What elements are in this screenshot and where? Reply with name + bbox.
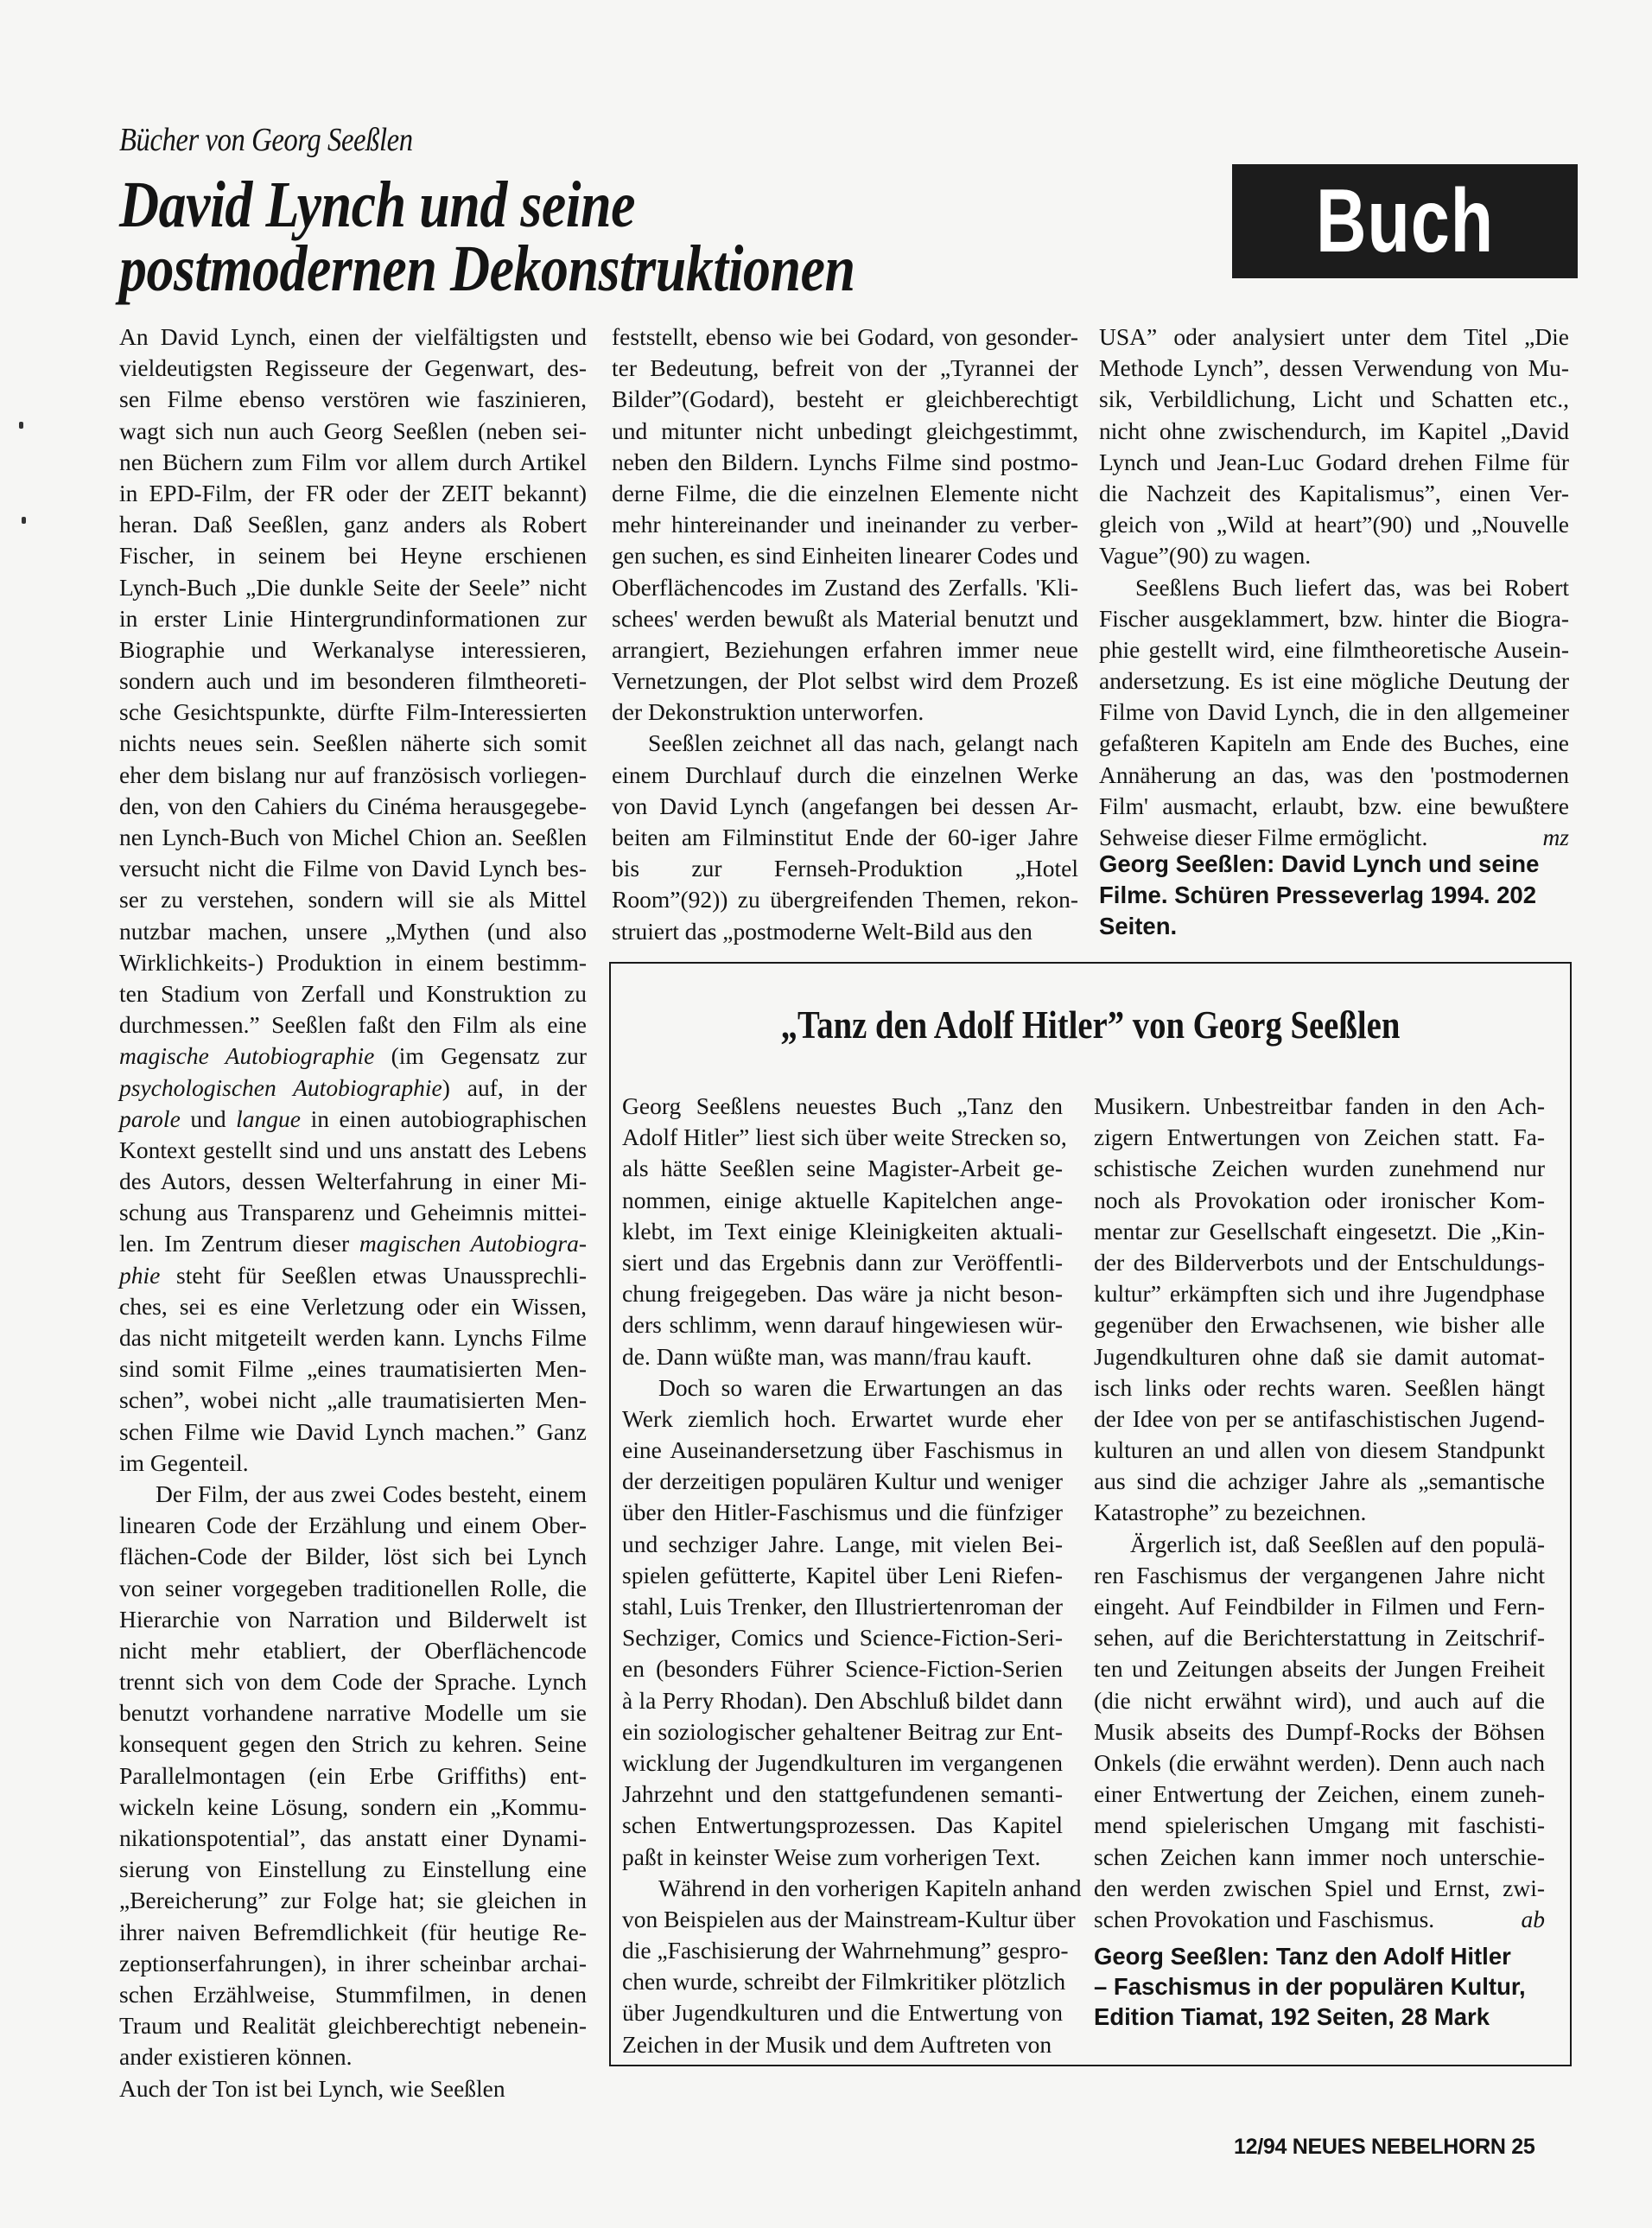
text-line: „Bereicherung” zur Folge hat; sie gleich… xyxy=(119,1885,587,1916)
article2-source-line: – Faschismus in der populären Kultur, xyxy=(1094,1971,1552,2002)
text-line: nutzbar machen, unsere „Mythen (und also xyxy=(119,916,587,947)
text-line: sehen, auf die Berichterstattung in Zeit… xyxy=(1094,1622,1545,1653)
text-line: nen Büchern zum Film vor allem durch Art… xyxy=(119,447,587,478)
text-line: ein soziologischer gehaltener Beitrag zu… xyxy=(622,1716,1063,1747)
text-line: einer Entwertung der Zeichen, einem zune… xyxy=(1094,1779,1545,1810)
text-line: phie steht für Seeßlen etwas Unaussprech… xyxy=(119,1260,587,1291)
margin-mark xyxy=(22,517,26,524)
text-line: phie gestellt wird, eine filmtheoretisch… xyxy=(1099,634,1569,665)
text-line: Onkels (die erwähnt werden). Denn auch n… xyxy=(1094,1747,1545,1779)
text-line: Jugendkulturen ohne daß sie damit automa… xyxy=(1094,1341,1545,1372)
text-line: nicht ohne zwischendurch, im Kapitel „Da… xyxy=(1099,416,1569,447)
text-line: mentar zur Gesellschaft eingesetzt. Die … xyxy=(1094,1216,1545,1247)
text-line: Werk ziemlich hoch. Erwartet wurde eher xyxy=(622,1404,1063,1435)
text-line: Bilder”(Godard), besteht er gleichberech… xyxy=(612,384,1078,415)
text-line: wagt sich nun auch Georg Seeßlen (neben … xyxy=(119,416,587,447)
text-line: vieldeutigsten Regisseure der Gegenwart,… xyxy=(119,353,587,384)
margin-mark xyxy=(19,422,23,429)
text-line: Jahrzehnt und den stattgefundenen semant… xyxy=(622,1779,1063,1810)
text-line: heran. Daß Seeßlen, ganz anders als Robe… xyxy=(119,509,587,540)
text-line: Vernetzungen, der Plot selbst wird dem P… xyxy=(612,665,1078,697)
text-line: Doch so waren die Erwartungen an das xyxy=(622,1372,1063,1404)
text-line: den werden zwischen Spiel und Ernst, zwi… xyxy=(1094,1873,1545,1904)
text-line: eher dem bislang nur auf französisch vor… xyxy=(119,760,587,791)
text-line: über den Hitler-Faschismus und die fünfz… xyxy=(622,1497,1063,1528)
text-line: Seeßlen zeichnet all das nach, gelangt n… xyxy=(612,728,1078,759)
text-line: mehr hintereinander und ineinander zu ve… xyxy=(612,509,1078,540)
text-line: len. Im Zentrum dieser magischen Autobio… xyxy=(119,1228,587,1259)
text-line: mend spielerischen Umgang mit faschisti- xyxy=(1094,1810,1545,1841)
text-line: Parallelmontagen (ein Erbe Griffiths) en… xyxy=(119,1760,587,1792)
text-line: Filme von David Lynch, die in den allgem… xyxy=(1099,697,1569,728)
text-line: schen”, wobei nicht „alle traumatisierte… xyxy=(119,1385,587,1416)
text-line: Sechziger, Comics und Science-Fiction-Se… xyxy=(622,1622,1063,1653)
text-line: magische Autobiographie (im Gegensatz zu… xyxy=(119,1041,587,1072)
text-line: An David Lynch, einen der vielfältigsten… xyxy=(119,321,587,353)
text-line: neben den Bildern. Lynchs Filme sind pos… xyxy=(612,447,1078,478)
text-line: Lynch und Jean-Luc Godard drehen Filme f… xyxy=(1099,447,1569,478)
article2-column-2: Musikern. Unbestreitbar fanden in den Ac… xyxy=(1094,1091,1545,1935)
text-line: von Beispielen aus der Mainstream-Kultur… xyxy=(622,1904,1063,1935)
article2-source-line: Georg Seeßlen: Tanz den Adolf Hitler xyxy=(1094,1941,1552,1971)
text-line: zeptionserfahrungen), in ihrer scheinbar… xyxy=(119,1948,587,1979)
text-line: parole und langue in einen autobiographi… xyxy=(119,1104,587,1135)
text-line: de. Dann wüßte man, was mann/frau kauft. xyxy=(622,1341,1063,1372)
text-line: schen Filme wie David Lynch machen.” Gan… xyxy=(119,1416,587,1448)
text-line: à la Perry Rhodan). Den Abschluß bildet … xyxy=(622,1685,1063,1716)
text-line: die „Faschisierung der Wahrnehmung” gesp… xyxy=(622,1935,1063,1966)
page-footer: 12/94 NEUES NEBELHORN 25 xyxy=(1234,2135,1534,2160)
article2-column-1: Georg Seeßlens neuestes Buch „Tanz denAd… xyxy=(622,1091,1063,2060)
text-line: beiten am Filminstitut Ende der 60-iger … xyxy=(612,822,1078,853)
article1-column-2: feststellt, ebenso wie bei Godard, von g… xyxy=(612,321,1078,947)
text-line: Fischer, in seinem bei Heyne erschienen xyxy=(119,540,587,571)
text-line: Film' ausmacht, erlaubt, bzw. eine bewuß… xyxy=(1099,791,1569,822)
text-line: durchmessen.” Seeßlen faßt den Film als … xyxy=(119,1009,587,1041)
text-line: sik, Verbildlichung, Licht und Schatten … xyxy=(1099,384,1569,415)
text-line: schung aus Transparenz und Geheimnis mit… xyxy=(119,1197,587,1228)
text-line: sind somit Filme „eines traumatisierten … xyxy=(119,1353,587,1385)
text-line: en (besonders Führer Science-Fiction-Ser… xyxy=(622,1653,1063,1684)
text-line: zigern Entwertungen von Zeichen statt. F… xyxy=(1094,1122,1545,1153)
text-line: schistische Zeichen wurden zunehmend nur xyxy=(1094,1153,1545,1184)
text-line: Wirklichkeits-) Produktion in einem best… xyxy=(119,947,587,978)
text-line: andersetzung. Es ist eine mögliche Deutu… xyxy=(1099,665,1569,697)
text-line: paßt in keinster Weise zum vorherigen Te… xyxy=(622,1842,1063,1873)
text-line: ser zu verstehen, sondern will sie als M… xyxy=(119,884,587,915)
text-line: und sechziger Jahre. Lange, mit vielen B… xyxy=(622,1529,1063,1560)
text-line: der des Bilderverbots und der Entschuldu… xyxy=(1094,1247,1545,1278)
article2-source-line: Edition Tiamat, 192 Seiten, 28 Mark xyxy=(1094,2002,1552,2032)
text-line: psychologischen Autobiographie) auf, in … xyxy=(119,1073,587,1104)
text-line: siert und das Ergebnis dann zur Veröffen… xyxy=(622,1247,1063,1278)
text-line: chung freigegeben. Das wäre ja nicht bes… xyxy=(622,1278,1063,1309)
article-kicker: Bücher von Georg Seeßlen xyxy=(119,121,413,159)
text-line: kulturen an und allen von diesem Standpu… xyxy=(1094,1435,1545,1466)
text-line: USA” oder analysiert unter dem Titel „Di… xyxy=(1099,321,1569,353)
text-line: schen Erzählweise, Stummfilmen, in denen xyxy=(119,1979,587,2010)
text-line: linearen Code der Erzählung und einem Ob… xyxy=(119,1510,587,1541)
text-line: die Nachzeit des Kapitalismus”, einen Ve… xyxy=(1099,478,1569,509)
text-line: wicklung der Jugendkulturen im vergangen… xyxy=(622,1747,1063,1779)
text-line: klebt, im Text einige Kleinigkeiten aktu… xyxy=(622,1216,1063,1247)
text-line: bis zur Fernseh-Produktion „Hotel xyxy=(612,853,1078,884)
text-line: spielen gefütterte, Kapitel über Leni Ri… xyxy=(622,1560,1063,1591)
text-line: Room”(92)) zu übergreifenden Themen, rek… xyxy=(612,884,1078,915)
text-line: derne Filme, die die einzelnen Elemente … xyxy=(612,478,1078,509)
text-line: Lynch-Buch „Die dunkle Seite der Seele” … xyxy=(119,572,587,603)
article1-book-source: Georg Seeßlen: David Lynch und seine Fil… xyxy=(1099,849,1570,942)
text-line: Biographie und Werkanalyse interessieren… xyxy=(119,634,587,665)
article1-column-3: USA” oder analysiert unter dem Titel „Di… xyxy=(1099,321,1569,853)
text-line: Vague”(90) zu wagen. xyxy=(1099,540,1569,571)
text-line: Adolf Hitler” liest sich über weite Stre… xyxy=(622,1122,1063,1153)
text-line: ten und Zeitungen abseits der Jungen Fre… xyxy=(1094,1653,1545,1684)
text-line: isch links oder rechts waren. Seeßlen hä… xyxy=(1094,1372,1545,1404)
text-line: Oberflächencodes im Zustand des Zerfalls… xyxy=(612,572,1078,603)
text-line: Ärgerlich ist, daß Seeßlen auf den popul… xyxy=(1094,1529,1545,1560)
text-line: ders schlimm, wenn darauf hingewiesen wü… xyxy=(622,1309,1063,1340)
text-line: ches, sei es eine Verletzung oder ein Wi… xyxy=(119,1291,587,1322)
text-line: Georg Seeßlens neuestes Buch „Tanz den xyxy=(622,1091,1063,1122)
text-line: einem Durchlauf durch die einzelnen Werk… xyxy=(612,760,1078,791)
text-line: Katastrophe” zu bezeichnen. xyxy=(1094,1497,1545,1528)
text-line: den, von den Cahiers du Cinéma herausgeg… xyxy=(119,791,587,822)
text-line: das nicht mitgeteilt werden kann. Lynchs… xyxy=(119,1322,587,1353)
text-line: versucht nicht die Filme von David Lynch… xyxy=(119,853,587,884)
section-badge: Buch xyxy=(1232,164,1578,278)
text-line: nikationspotential”, das anstatt einer D… xyxy=(119,1823,587,1854)
text-line: als hätte Seeßlen seine Magister-Arbeit … xyxy=(622,1153,1063,1184)
text-line: schees' werden bewußt als Material benut… xyxy=(612,603,1078,634)
text-line: Auch der Ton ist bei Lynch, wie Seeßlen xyxy=(119,2073,587,2104)
text-line: nommen, einige aktuelle Kapitelchen ange… xyxy=(622,1185,1063,1216)
text-line: sen Filme ebenso verstören wie faszinier… xyxy=(119,384,587,415)
headline-line-2: postmodernen Dekonstruktionen xyxy=(119,237,855,301)
article-headline: David Lynch und seine postmodernen Dekon… xyxy=(119,173,855,301)
text-line: ander existieren können. xyxy=(119,2041,587,2072)
text-line: ren Faschismus der vergangenen Jahre nic… xyxy=(1094,1560,1545,1591)
text-line: im Gegenteil. xyxy=(119,1448,587,1479)
text-line: gleich von „Wild at heart”(90) und „Nouv… xyxy=(1099,509,1569,540)
text-line: Musik abseits des Dumpf-Rocks der Böhsen xyxy=(1094,1716,1545,1747)
text-line: konsequent gegen den Strich zu kehren. S… xyxy=(119,1728,587,1760)
text-line: Musikern. Unbestreitbar fanden in den Ac… xyxy=(1094,1091,1545,1122)
text-line: der derzeitigen populären Kultur und wen… xyxy=(622,1466,1063,1497)
text-line: flächen-Code der Bilder, löst sich bei L… xyxy=(119,1541,587,1572)
text-line: von David Lynch (angefangen bei dessen A… xyxy=(612,791,1078,822)
text-line: Seeßlens Buch liefert das, was bei Rober… xyxy=(1099,572,1569,603)
text-line: gen suchen, es sind Einheiten linearer C… xyxy=(612,540,1078,571)
section-badge-label: Buch xyxy=(1316,170,1494,273)
article2-book-source: Georg Seeßlen: Tanz den Adolf Hitler – F… xyxy=(1094,1941,1552,2032)
text-line: schen Entwertungsprozessen. Das Kapitel xyxy=(622,1810,1063,1841)
text-line: schen Provokation und Faschismus.ab xyxy=(1094,1904,1545,1935)
text-line: der Idee von per se antifaschistischen J… xyxy=(1094,1404,1545,1435)
text-line: stahl, Luis Trenker, den Illustriertenro… xyxy=(622,1591,1063,1622)
text-line: nichts neues sein. Seeßlen näherte sich … xyxy=(119,728,587,759)
text-line: eingeht. Auf Feindbilder in Filmen und F… xyxy=(1094,1591,1545,1622)
text-line: wickeln keine Lösung, sondern ein „Kommu… xyxy=(119,1792,587,1823)
text-line: Methode Lynch”, dessen Verwendung von Mu… xyxy=(1099,353,1569,384)
text-line: Der Film, der aus zwei Codes besteht, ei… xyxy=(119,1479,587,1510)
text-line: ihrer naiven Befremdlichkeit (für heutig… xyxy=(119,1917,587,1948)
article1-column-1: An David Lynch, einen der vielfältigsten… xyxy=(119,321,587,2104)
text-line: arrangiert, Beziehungen erfahren immer n… xyxy=(612,634,1078,665)
text-line: benutzt vorhandene narrative Modelle um … xyxy=(119,1697,587,1728)
text-line: schen Zeichen kann immer noch unterschie… xyxy=(1094,1842,1545,1873)
text-line: sche Gesichtspunkte, dürfte Film-Interes… xyxy=(119,697,587,728)
text-line: ter Bedeutung, befreit von der „Tyrannei… xyxy=(612,353,1078,384)
text-line: der Dekonstruktion unterworfen. xyxy=(612,697,1078,728)
author-signature: ab xyxy=(1522,1904,1546,1935)
text-line: Zeichen in der Musik und dem Auftreten v… xyxy=(622,2029,1063,2060)
headline-line-1: David Lynch und seine xyxy=(119,173,855,237)
text-line: kultur” erkämpften sich und ihre Jugendp… xyxy=(1094,1278,1545,1309)
text-line: noch als Provokation oder ironischer Kom… xyxy=(1094,1185,1545,1216)
article2-title: „Tanz den Adolf Hitler” von Georg Seeßle… xyxy=(677,1003,1504,1047)
text-line: chen wurde, schreibt der Filmkritiker pl… xyxy=(622,1966,1063,1997)
text-line: Hierarchie von Narration und Bilderwelt … xyxy=(119,1604,587,1635)
text-line: ten Stadium von Zerfall und Konstruktion… xyxy=(119,978,587,1009)
text-line: eine Auseinandersetzung über Faschismus … xyxy=(622,1435,1063,1466)
text-line: in erster Linie Hintergrundinformationen… xyxy=(119,603,587,634)
text-line: aus sind die achziger Jahre als „semanti… xyxy=(1094,1466,1545,1497)
text-line: des Autors, dessen Welterfahrung in eine… xyxy=(119,1166,587,1197)
text-line: nicht mehr etabliert, der Oberflächencod… xyxy=(119,1635,587,1666)
text-line: in EPD-Film, der FR oder der ZEIT bekann… xyxy=(119,478,587,509)
text-line: über Jugendkulturen und die Entwertung v… xyxy=(622,1997,1063,2028)
text-line: Während in den vorherigen Kapiteln anhan… xyxy=(622,1873,1063,1904)
text-line: von seiner vorgegeben traditionellen Rol… xyxy=(119,1573,587,1604)
text-line: (die nicht erwähnt wird), und auch auf d… xyxy=(1094,1685,1545,1716)
text-line: gegenüber den Erwachsenen, wie bisher al… xyxy=(1094,1309,1545,1340)
text-line: und mitunter nicht unbedingt gleichgesti… xyxy=(612,416,1078,447)
text-line: struiert das „postmoderne Welt-Bild aus … xyxy=(612,916,1078,947)
text-line: Traum und Realität gleichberechtigt nebe… xyxy=(119,2010,587,2041)
text-line: gefaßteren Kapiteln am Ende des Buches, … xyxy=(1099,728,1569,759)
text-line: trennt sich von dem Code der Sprache. Ly… xyxy=(119,1666,587,1697)
text-line: sondern auch und im besonderen filmtheor… xyxy=(119,665,587,697)
text-line: Annäherung an das, was den 'postmodernen xyxy=(1099,760,1569,791)
text-line: Kontext gestellt sind und uns anstatt de… xyxy=(119,1135,587,1166)
text-line: nen Lynch-Buch von Michel Chion an. Seeß… xyxy=(119,822,587,853)
text-line: sierung von Einstellung zu Einstellung e… xyxy=(119,1854,587,1885)
text-line: feststellt, ebenso wie bei Godard, von g… xyxy=(612,321,1078,353)
text-line: Fischer ausgeklammert, bzw. hinter die B… xyxy=(1099,603,1569,634)
